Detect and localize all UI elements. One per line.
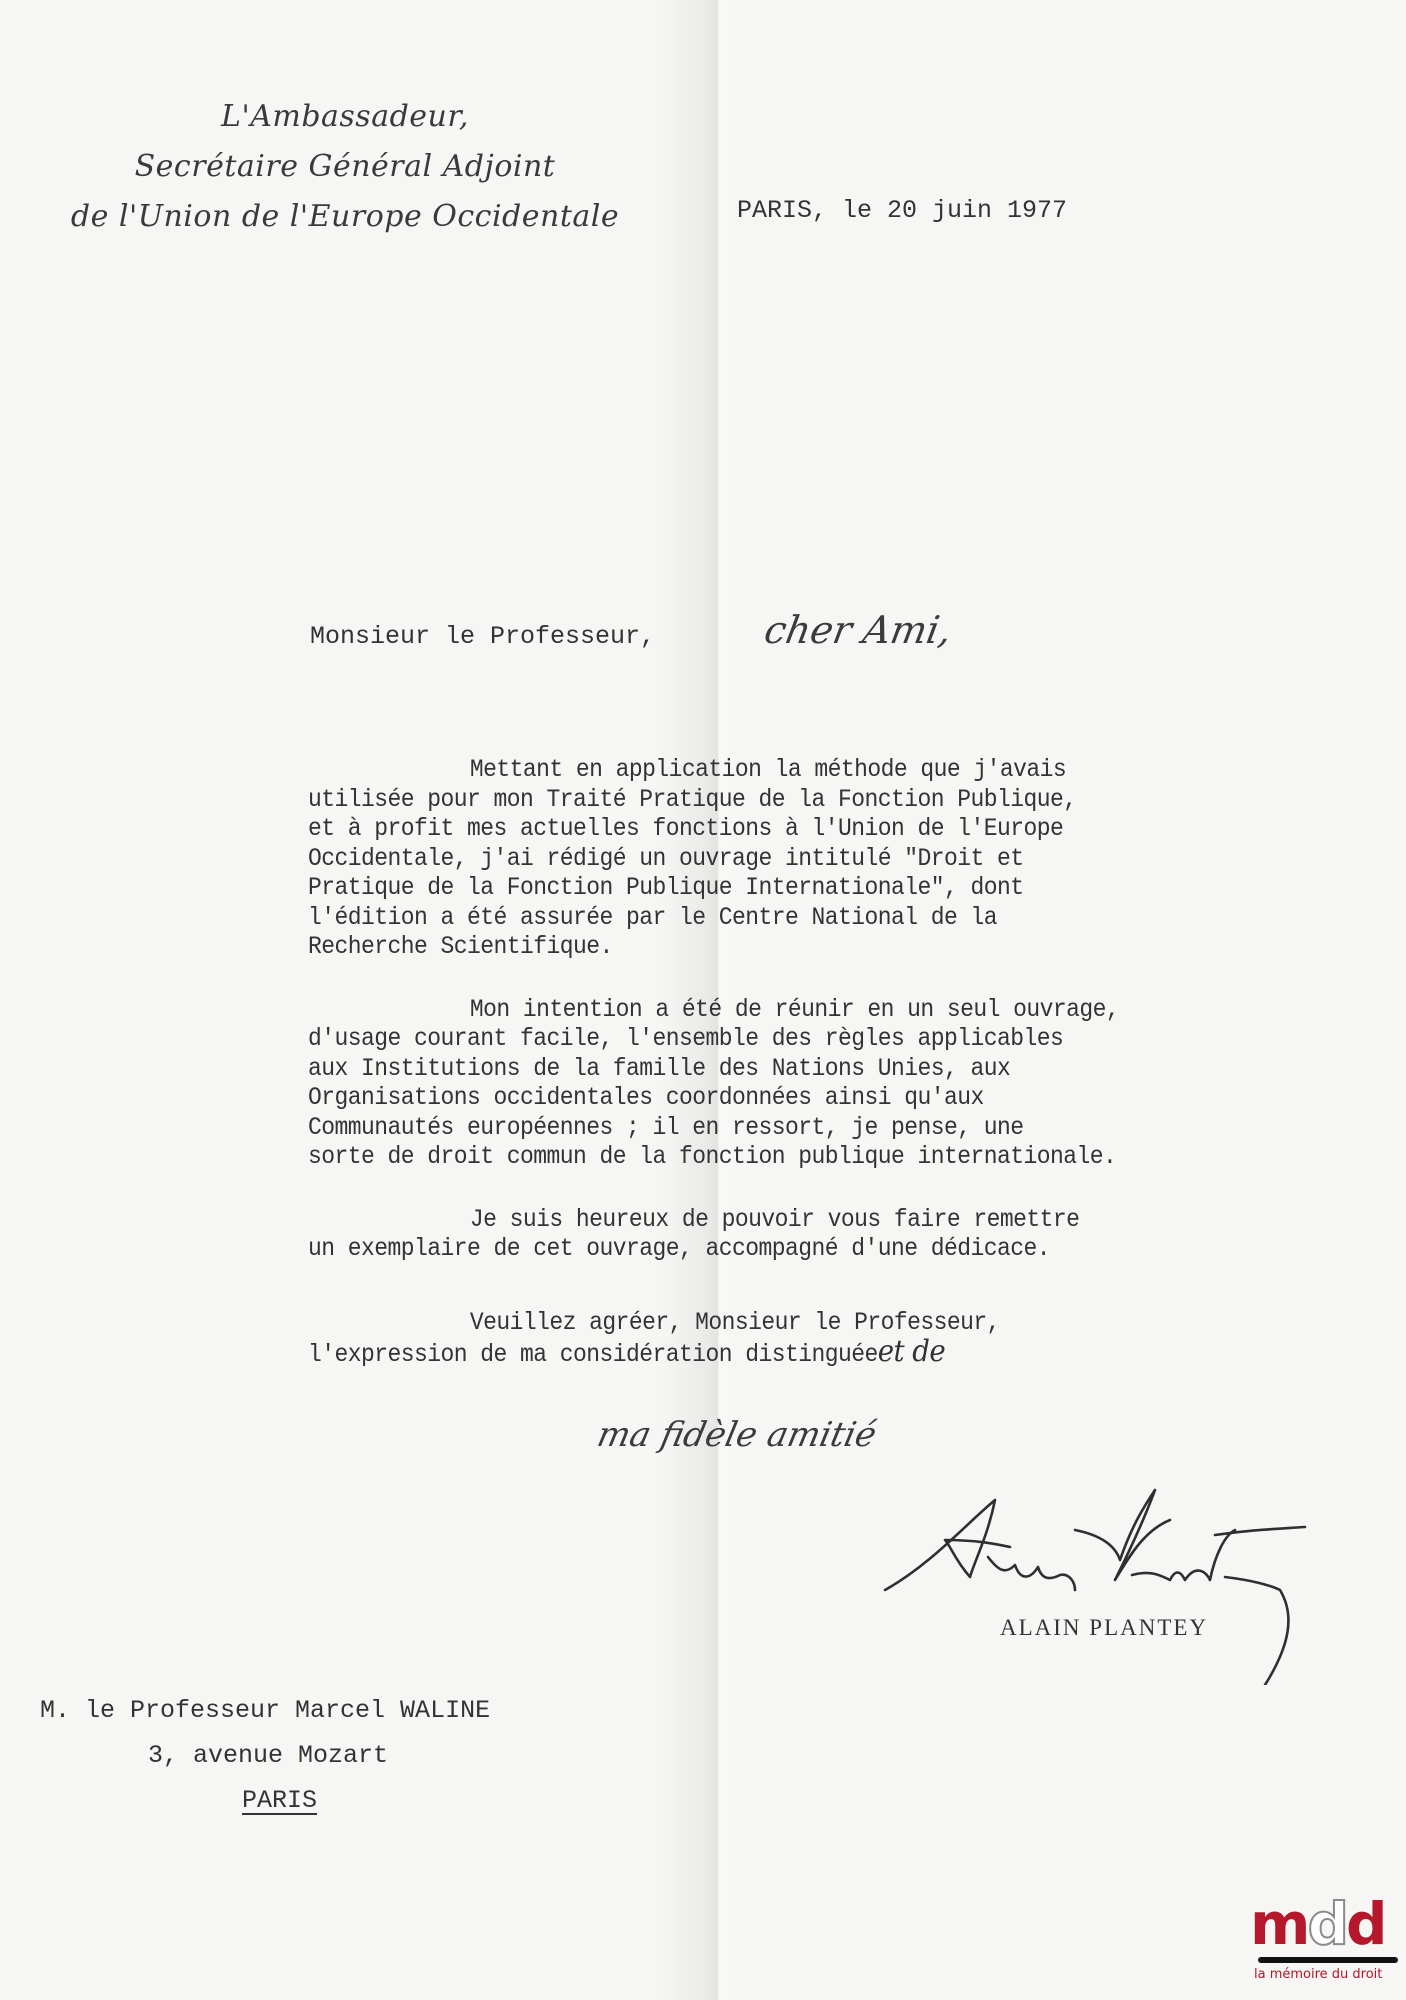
address-street: 3, avenue Mozart (40, 1733, 490, 1778)
body-line: d'usage courant facile, l'ensemble des r… (308, 1024, 1302, 1054)
closing-handwritten-inline: et de (878, 1334, 945, 1369)
closing-line: l'expression de ma considération disting… (308, 1337, 1302, 1370)
signatory-name: ALAIN PLANTEY (1000, 1615, 1208, 1641)
letter-body: Mettant en application la méthode que j'… (308, 755, 1302, 1403)
salutation-typed: Monsieur le Professeur, (310, 622, 655, 651)
body-line: Pratique de la Fonction Publique Interna… (308, 873, 1302, 903)
body-line: Occidentale, j'ai rédigé un ouvrage inti… (308, 844, 1302, 874)
mdd-watermark-logo: mdd la mémoire du droit (1250, 1895, 1400, 1982)
paragraph-1: Mettant en application la méthode que j'… (308, 755, 1302, 962)
body-line: Mettant en application la méthode que j'… (308, 755, 1302, 785)
closing-handwritten-line: ma fidèle amitié (594, 1415, 880, 1455)
closing-line: Veuillez agréer, Monsieur le Professeur, (308, 1308, 1302, 1338)
closing-formula: Veuillez agréer, Monsieur le Professeur,… (308, 1308, 1302, 1370)
logo-letter-d: d (1346, 1890, 1385, 1958)
letterhead-title: L'Ambassadeur, (40, 92, 650, 142)
paragraph-2: Mon intention a été de réunir en un seul… (308, 995, 1302, 1172)
body-line: Organisations occidentales coordonnées a… (308, 1083, 1302, 1113)
body-line: Communautés européennes ; il en ressort,… (308, 1113, 1302, 1143)
body-line: sorte de droit commun de la fonction pub… (308, 1142, 1302, 1172)
paragraph-3: Je suis heureux de pouvoir vous faire re… (308, 1205, 1302, 1264)
letterhead-role: Secrétaire Général Adjoint (40, 142, 650, 192)
body-line: utilisée pour mon Traité Pratique de la … (308, 785, 1302, 815)
body-line: l'édition a été assurée par le Centre Na… (308, 903, 1302, 933)
signature-icon (870, 1485, 1310, 1685)
body-line: Je suis heureux de pouvoir vous faire re… (308, 1205, 1302, 1235)
address-recipient: M. le Professeur Marcel WALINE (40, 1688, 490, 1733)
letterhead: L'Ambassadeur, Secrétaire Général Adjoin… (40, 92, 650, 242)
logo-tagline: la mémoire du droit (1250, 1967, 1400, 1982)
salutation-handwritten: cher Ami, (761, 608, 955, 652)
body-line: un exemplaire de cet ouvrage, accompagné… (308, 1234, 1302, 1264)
closing-line-typed: l'expression de ma considération disting… (308, 1340, 878, 1369)
letter-date: PARIS, le 20 juin 1977 (737, 196, 1067, 225)
body-line: Mon intention a été de réunir en un seul… (308, 995, 1302, 1025)
body-line: Recherche Scientifique. (308, 932, 1302, 962)
body-line: et à profit mes actuelles fonctions à l'… (308, 814, 1302, 844)
logo-mark: mdd (1250, 1895, 1400, 1953)
logo-letter-d-hollow: d (1307, 1890, 1346, 1958)
address-city: PARIS (40, 1778, 490, 1823)
logo-letter-m: m (1250, 1890, 1307, 1958)
body-line: aux Institutions de la famille des Natio… (308, 1054, 1302, 1084)
letterhead-organization: de l'Union de l'Europe Occidentale (40, 192, 650, 242)
recipient-address: M. le Professeur Marcel WALINE 3, avenue… (40, 1688, 490, 1823)
